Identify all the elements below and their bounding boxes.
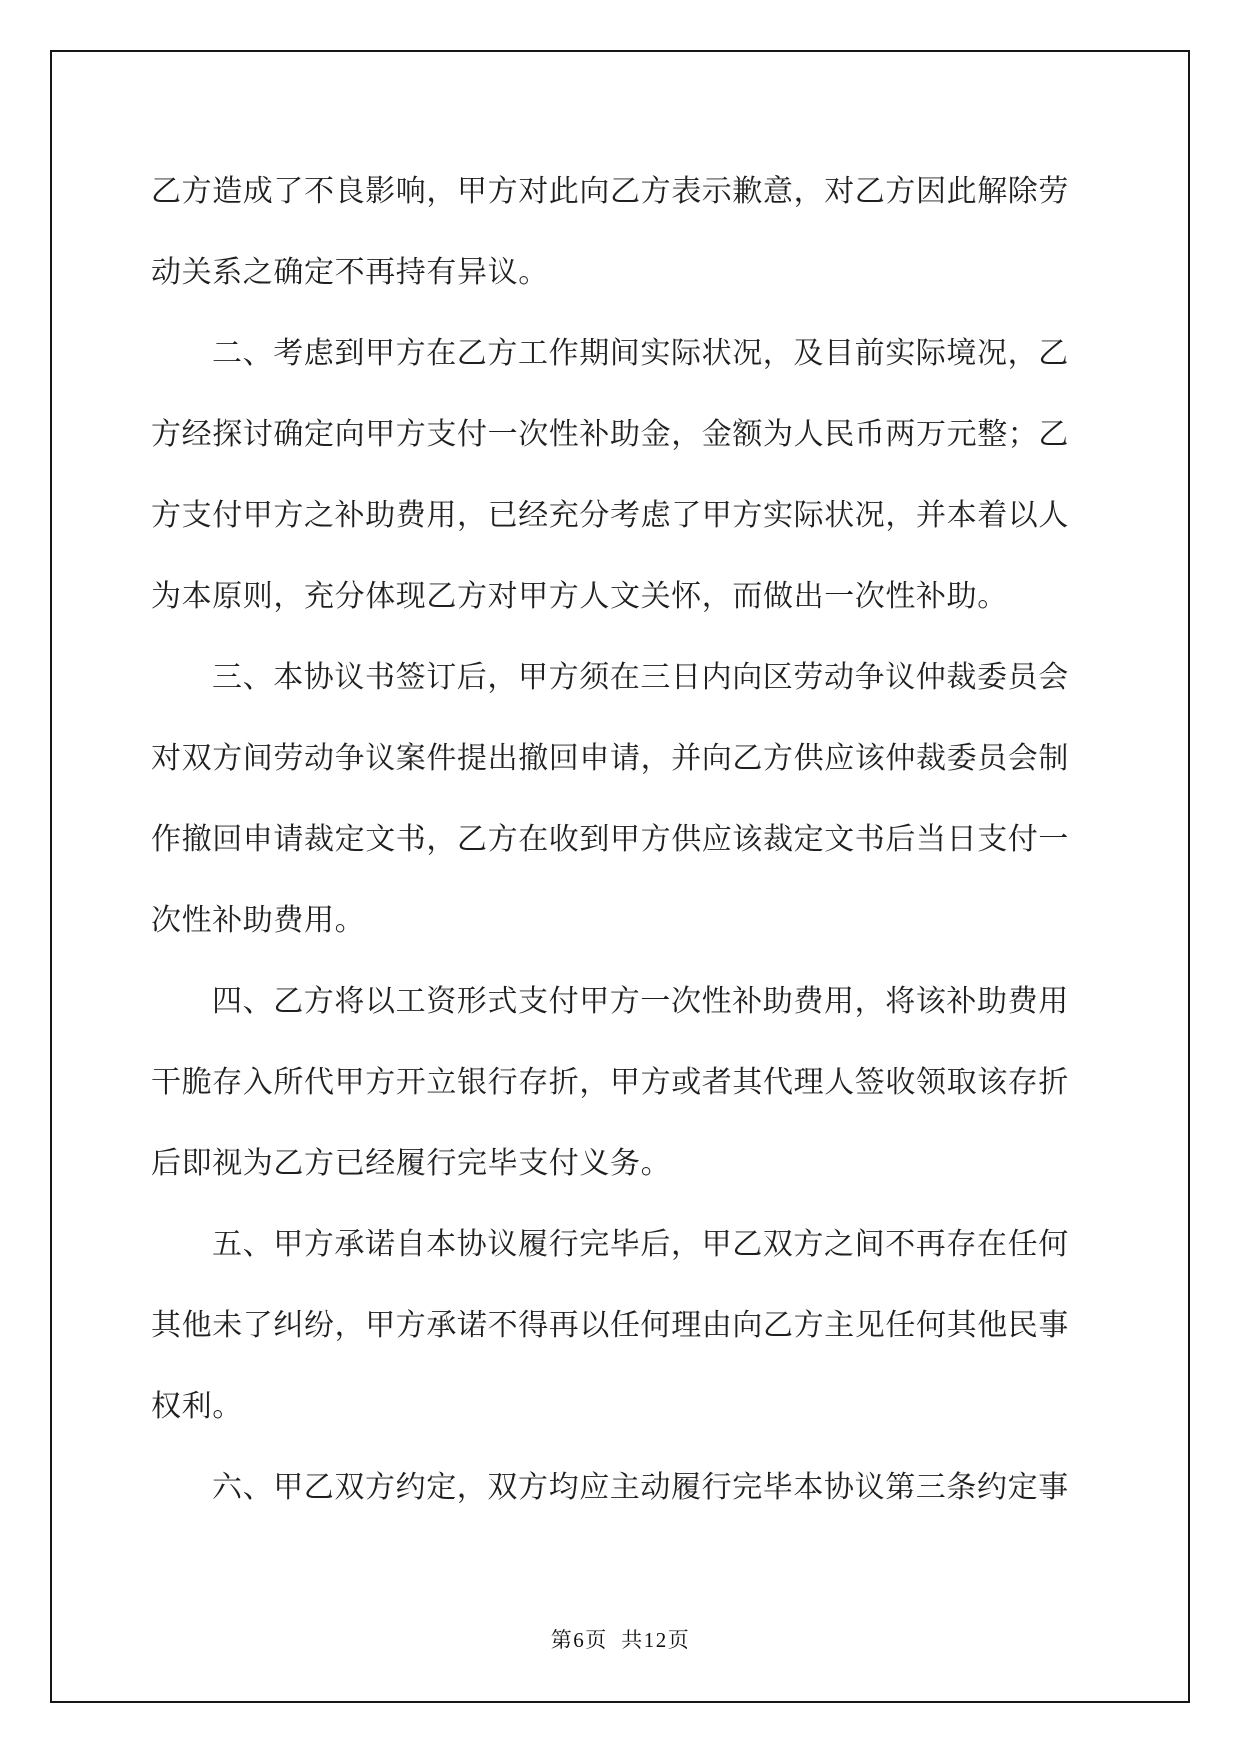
text-line: 后即视为乙方已经履行完毕支付义务。: [151, 1123, 1081, 1204]
text-line: 方经探讨确定向甲方支付一次性补助金，金额为人民币两万元整；乙: [151, 394, 1081, 475]
text-line: 六、甲乙双方约定，双方均应主动履行完毕本协议第三条约定事: [151, 1447, 1081, 1528]
text-line: 三、本协议书签订后，甲方须在三日内向区劳动争议仲裁委员会: [151, 637, 1081, 718]
document-body: 乙方造成了不良影响，甲方对此向乙方表示歉意，对乙方因此解除劳动关系之确定不再持有…: [151, 151, 1081, 1528]
text-line: 四、乙方将以工资形式支付甲方一次性补助费用，将该补助费用: [151, 961, 1081, 1042]
text-line: 次性补助费用。: [151, 880, 1081, 961]
text-line: 动关系之确定不再持有异议。: [151, 232, 1081, 313]
text-line: 乙方造成了不良影响，甲方对此向乙方表示歉意，对乙方因此解除劳: [151, 151, 1081, 232]
text-line: 五、甲方承诺自本协议履行完毕后，甲乙双方之间不再存在任何: [151, 1204, 1081, 1285]
text-line: 二、考虑到甲方在乙方工作期间实际状况，及目前实际境况，乙: [151, 313, 1081, 394]
text-line: 对双方间劳动争议案件提出撤回申请，并向乙方供应该仲裁委员会制: [151, 718, 1081, 799]
text-line: 作撤回申请裁定文书，乙方在收到甲方供应该裁定文书后当日支付一: [151, 799, 1081, 880]
text-line: 方支付甲方之补助费用，已经充分考虑了甲方实际状况，并本着以人: [151, 475, 1081, 556]
page-footer: 第6页 共12页: [0, 1624, 1241, 1654]
page-number-label: 第6页 共12页: [551, 1628, 691, 1652]
text-line: 干脆存入所代甲方开立银行存折，甲方或者其代理人签收领取该存折: [151, 1042, 1081, 1123]
document-page: 乙方造成了不良影响，甲方对此向乙方表示歉意，对乙方因此解除劳动关系之确定不再持有…: [0, 0, 1241, 1754]
text-line: 权利。: [151, 1366, 1081, 1447]
text-line: 其他未了纠纷，甲方承诺不得再以任何理由向乙方主见任何其他民事: [151, 1285, 1081, 1366]
text-line: 为本原则，充分体现乙方对甲方人文关怀，而做出一次性补助。: [151, 556, 1081, 637]
